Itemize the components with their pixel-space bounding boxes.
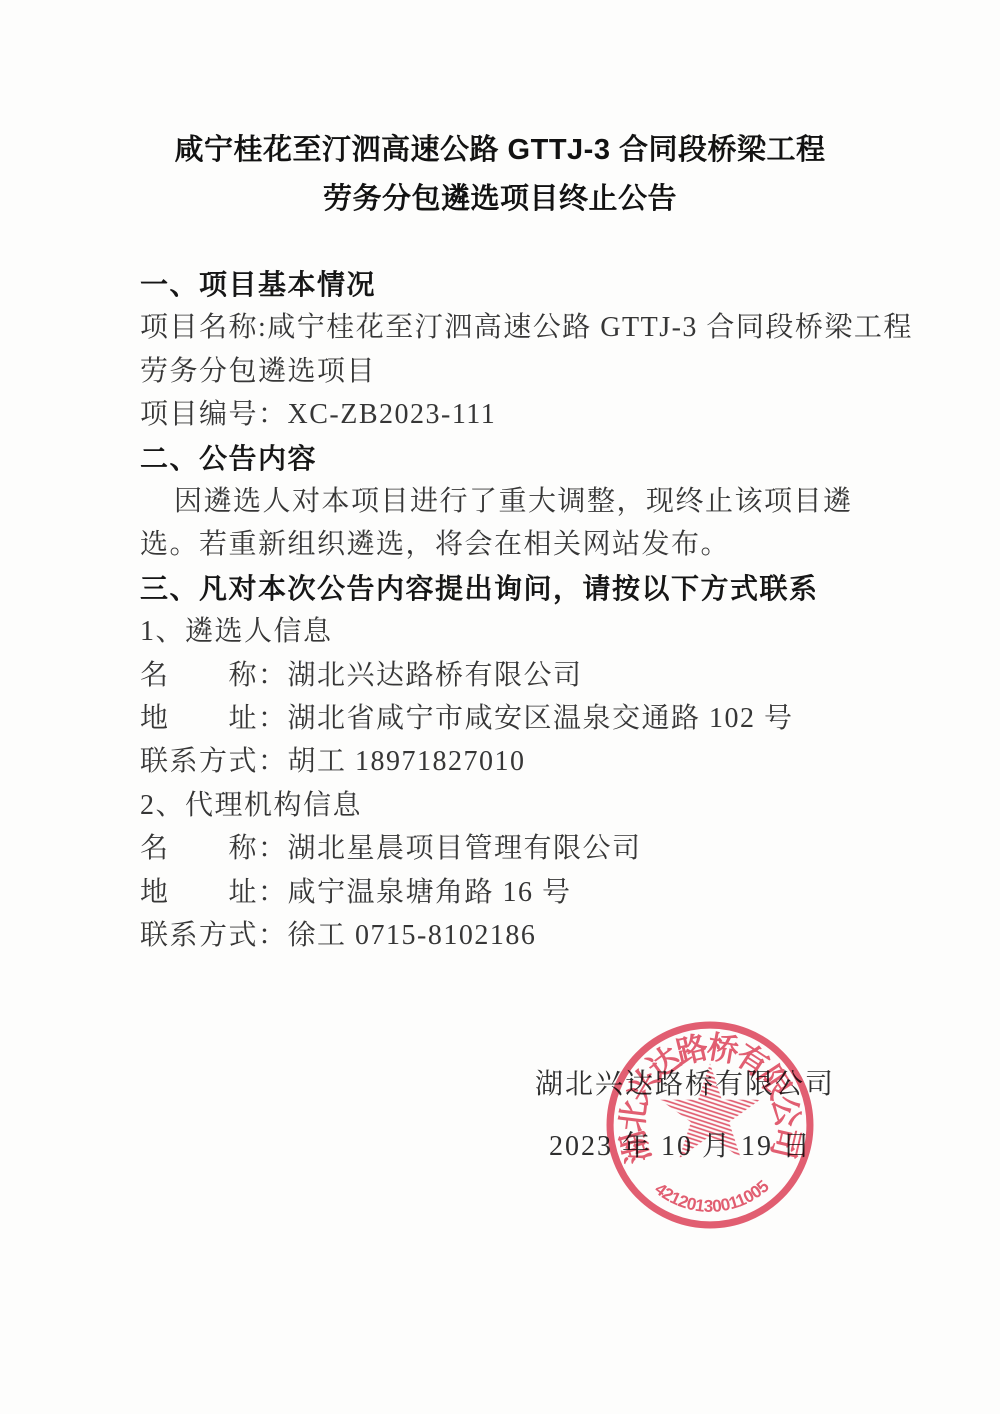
announcement-para-line1: 因遴选人对本项目进行了重大调整，现终止该项目遴	[140, 480, 880, 523]
section1-heading: 一、项目基本情况	[140, 263, 880, 306]
info-label: 名 称：	[140, 660, 288, 691]
document-page: 咸宁桂花至汀泗高速公路 GTTJ-3 合同段桥梁工程 劳务分包遴选项目终止公告 …	[0, 0, 1000, 1414]
info-row: 联系方式：胡工 18971827010	[140, 740, 880, 783]
document-title-line1: 咸宁桂花至汀泗高速公路 GTTJ-3 合同段桥梁工程	[0, 126, 1000, 175]
info-value: 徐工 0715-8102186	[288, 920, 537, 951]
company-seal: 湖北兴达路桥有限公司 42120130011005	[604, 1019, 816, 1231]
info-value: 湖北星晨项目管理有限公司	[288, 833, 642, 864]
section2-heading: 二、公告内容	[140, 437, 880, 480]
info-row: 联系方式：徐工 0715-8102186	[140, 914, 880, 957]
document-title: 咸宁桂花至汀泗高速公路 GTTJ-3 合同段桥梁工程 劳务分包遴选项目终止公告	[0, 126, 1000, 224]
info-row: 地 址：湖北省咸宁市咸安区温泉交通路 102 号	[140, 697, 880, 740]
project-name-line1: 项目名称:咸宁桂花至汀泗高速公路 GTTJ-3 合同段桥梁工程	[140, 306, 880, 349]
info-value: 咸宁温泉塘角路 16 号	[288, 877, 572, 908]
info-value: 胡工 18971827010	[288, 746, 526, 777]
document-title-line2: 劳务分包遴选项目终止公告	[0, 175, 1000, 224]
info-label: 地 址：	[140, 703, 288, 734]
seal-star-icon	[660, 1063, 760, 1158]
info-row: 地 址：咸宁温泉塘角路 16 号	[140, 871, 880, 914]
project-number: 项目编号：XC-ZB2023-111	[140, 393, 880, 436]
seal-number: 42120130011005	[651, 1175, 773, 1216]
svg-text:42120130011005: 42120130011005	[651, 1175, 773, 1216]
document-body: 一、项目基本情况 项目名称:咸宁桂花至汀泗高速公路 GTTJ-3 合同段桥梁工程…	[140, 263, 880, 958]
info-row: 名 称：湖北星晨项目管理有限公司	[140, 827, 880, 870]
project-name-line2: 劳务分包遴选项目	[140, 350, 880, 393]
agency-info-heading: 2、代理机构信息	[140, 784, 880, 827]
section3-heading: 三、凡对本次公告内容提出询问，请按以下方式联系	[140, 567, 880, 610]
info-value: 湖北兴达路桥有限公司	[288, 660, 583, 691]
info-label: 联系方式：	[140, 746, 288, 777]
info-label: 联系方式：	[140, 920, 288, 951]
info-value: 湖北省咸宁市咸安区温泉交通路 102 号	[288, 703, 794, 734]
info-row: 名 称：湖北兴达路桥有限公司	[140, 654, 880, 697]
info-label: 名 称：	[140, 833, 288, 864]
selector-info-heading: 1、遴选人信息	[140, 610, 880, 653]
info-label: 地 址：	[140, 877, 288, 908]
announcement-para-line2: 选。若重新组织遴选，将会在相关网站发布。	[140, 523, 880, 566]
